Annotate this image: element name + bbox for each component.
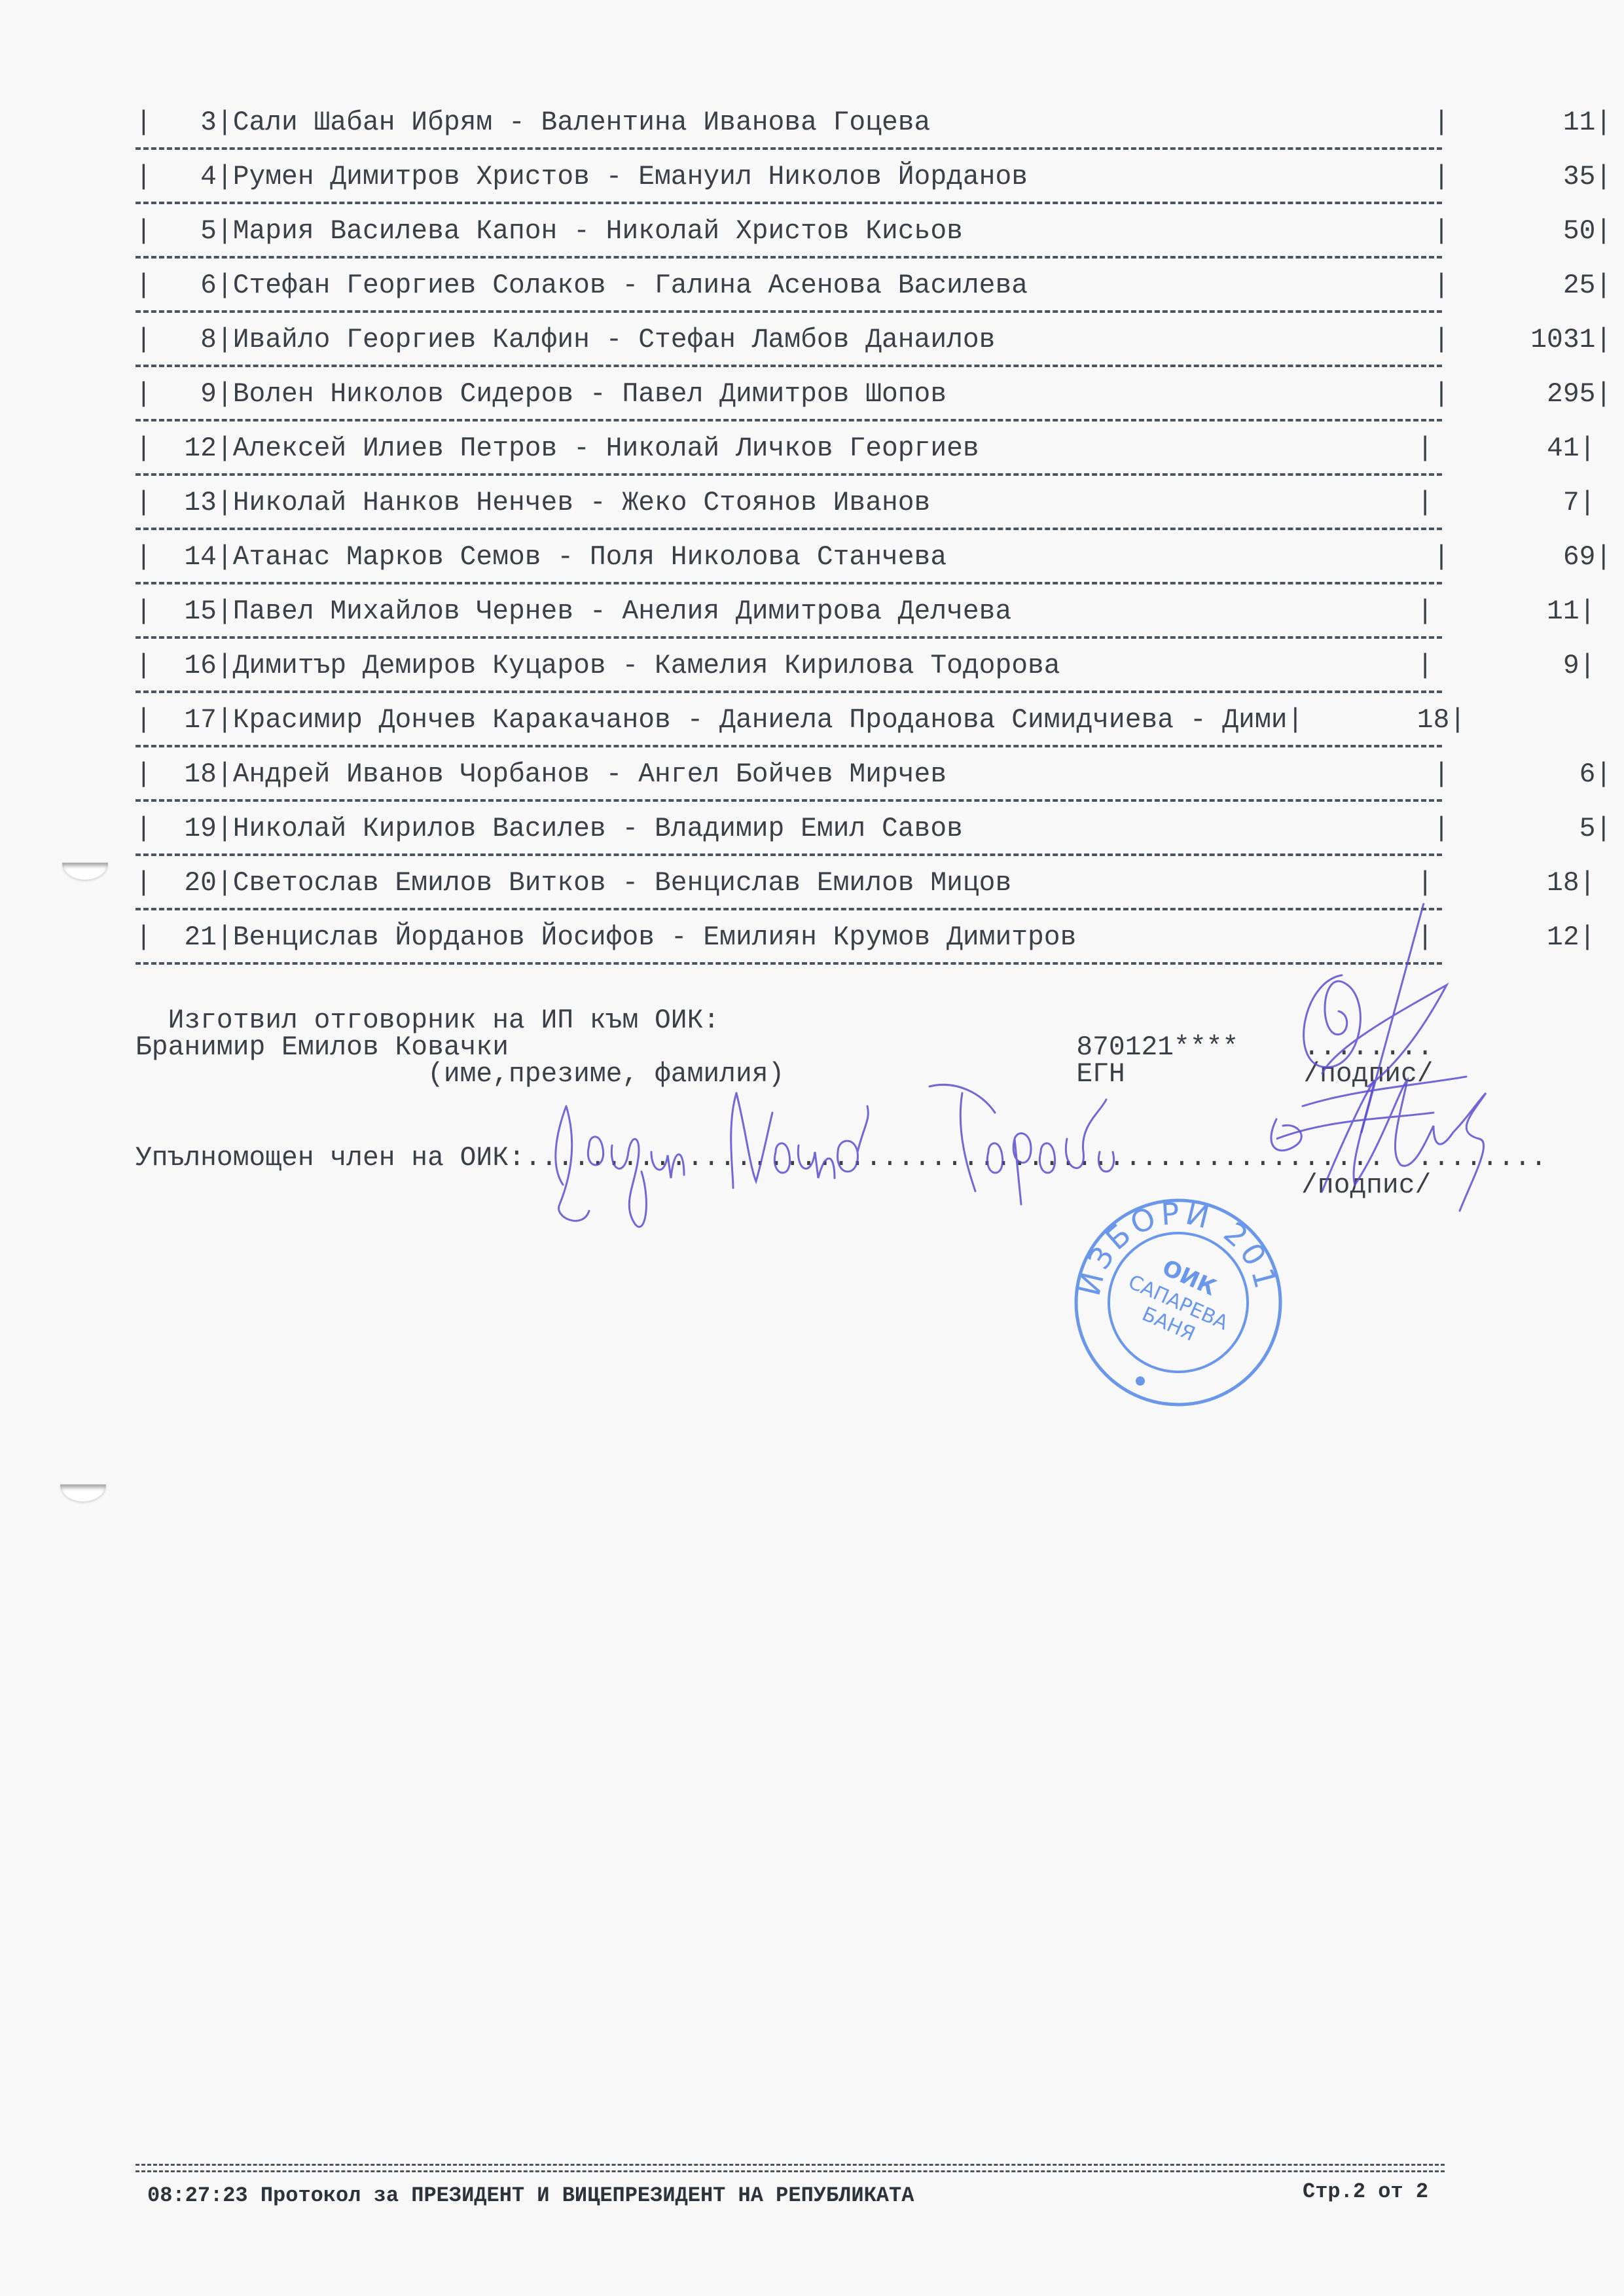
prepared-by-heading: Изготвил отговорник на ИП към ОИК:: [135, 1008, 719, 1035]
table-row: | 9|Волен Николов Сидеров - Павел Димитр…: [135, 382, 1612, 414]
hole-punch-mark: [60, 1484, 106, 1501]
row-separator: [135, 799, 1442, 802]
hole-punch-mark: [62, 863, 108, 880]
row-separator: [135, 908, 1442, 910]
table-row: | 14|Атанас Марков Семов - Поля Николова…: [135, 545, 1612, 577]
stamp-inner-line: ОИК: [1159, 1255, 1220, 1301]
table-row: | 18|Андрей Иванов Чорбанов - Ангел Бойч…: [135, 762, 1612, 795]
stamp-outer-text: ИЗБОРИ 2011: [1060, 1185, 1284, 1299]
table-row: | 8|Ивайло Георгиев Калфин - Стефан Ламб…: [135, 327, 1612, 360]
official-stamp: ИЗБОРИ 2011 ОИК САПАРЕВА БАНЯ: [1060, 1185, 1296, 1420]
row-separator: [135, 147, 1442, 150]
footer-protocol-title: 08:27:23 Протокол за ПРЕЗИДЕНТ И ВИЦЕПРЕ…: [147, 2183, 914, 2208]
prepared-by-name-line: Бранимир Емилов Ковачки 870121**** .....…: [135, 1035, 1434, 1062]
stamp-emblem-dot: [1136, 1376, 1145, 1386]
footer-divider: [135, 2170, 1445, 2172]
row-separator: [135, 745, 1442, 747]
row-separator: [135, 256, 1442, 259]
stamp-inner-line: САПАРЕВА: [1125, 1270, 1231, 1335]
row-separator: [135, 691, 1442, 693]
row-separator: [135, 202, 1442, 204]
table-row: | 6|Стефан Георгиев Солаков - Галина Асе…: [135, 273, 1612, 306]
table-row: | 17|Красимир Дончев Каракачанов - Дание…: [135, 708, 1466, 740]
row-separator: [135, 419, 1442, 422]
stamp-inner-line: БАНЯ: [1138, 1302, 1198, 1346]
table-row: | 13|Николай Нанков Ненчев - Жеко Стояно…: [135, 490, 1595, 523]
footer-page-number: Стр.2 от 2: [1303, 2179, 1428, 2204]
table-row: | 3|Сали Шабан Ибрям - Валентина Иванова…: [135, 110, 1612, 143]
row-separator: [135, 582, 1442, 584]
table-row: | 16|Димитър Демиров Куцаров - Камелия К…: [135, 653, 1595, 686]
table-row: | 4|Румен Димитров Христов - Емануил Ник…: [135, 164, 1612, 197]
table-row: | 20|Светослав Емилов Витков - Венцислав…: [135, 870, 1595, 903]
table-row: | 15|Павел Михайлов Чернев - Анелия Дими…: [135, 599, 1595, 632]
row-separator: [135, 962, 1442, 965]
footer-divider: [135, 2164, 1445, 2166]
authorized-member-line: Упълномощен член на ОИК:................…: [135, 1145, 1547, 1172]
row-separator: [135, 528, 1442, 530]
row-separator: [135, 473, 1442, 476]
table-row: | 12|Алексей Илиев Петров - Николай Личк…: [135, 436, 1595, 469]
table-row: | 5|Мария Василева Капон - Николай Христ…: [135, 219, 1612, 251]
row-separator: [135, 310, 1442, 313]
prepared-by-caption-line: (име,презиме, фамилия) ЕГН /подпис/: [135, 1062, 1434, 1088]
row-separator: [135, 365, 1442, 367]
table-row: | 19|Николай Кирилов Василев - Владимир …: [135, 816, 1612, 849]
table-row: | 21|Венцислав Йорданов Йосифов - Емилия…: [135, 925, 1595, 958]
authorized-signature-caption: /подпис/: [1301, 1173, 1431, 1200]
row-separator: [135, 853, 1442, 856]
row-separator: [135, 636, 1442, 639]
